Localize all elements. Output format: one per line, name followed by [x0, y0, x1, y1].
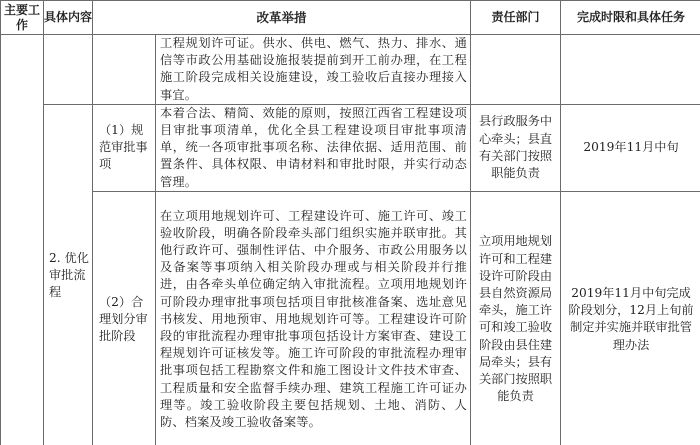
- table-row: 2. 优化审批流程 （1）规范审批事项 本着合法、精简、效能的原则，按照江西省工…: [1, 104, 700, 191]
- main-work-cell: [1, 35, 44, 445]
- sub-item-cell: [93, 35, 156, 105]
- header-row: 主要工作 具体内容 改革举措 责任部门 完成时限和具体任务: [1, 1, 700, 35]
- responsible-dept-cell: 立项用地规划许可和工程建设许可阶段由县自然资源局牵头，施工许可和竣工验收阶段由县…: [471, 191, 561, 445]
- sub-item-cell: （2）合理划分审批阶段: [93, 191, 156, 445]
- reform-measures-table: 主要工作 具体内容 改革举措 责任部门 完成时限和具体任务 工程规划许可证。供水…: [0, 0, 700, 445]
- header-deadline-task: 完成时限和具体任务: [561, 1, 700, 35]
- specific-content-cell: 2. 优化审批流程: [44, 104, 93, 445]
- table-row: 工程规划许可证。供水、供电、燃气、热力、排水、通信等市政公用基础设施报装提前到开…: [1, 35, 700, 105]
- header-main-work: 主要工作: [1, 1, 44, 35]
- measure-cell: 在立项用地规划许可、工程建设许可、施工许可、竣工验收阶段，明确各阶段牵头部门组织…: [156, 191, 471, 445]
- header-measures: 改革举措: [93, 1, 471, 35]
- deadline-cell: [561, 35, 700, 105]
- responsible-dept-cell: 县行政服务中心牵头；县直有关部门按照职能负责: [471, 104, 561, 191]
- measure-cell: 本着合法、精简、效能的原则，按照江西省工程建设项目审批事项清单，优化全县工程建设…: [156, 104, 471, 191]
- deadline-cell: 2019年11月中旬: [561, 104, 700, 191]
- measure-cell: 工程规划许可证。供水、供电、燃气、热力、排水、通信等市政公用基础设施报装提前到开…: [156, 35, 471, 105]
- specific-content-cell: [44, 35, 93, 105]
- deadline-cell: 2019年11月中旬完成阶段划分，12月上旬前制定并实施并联审批管理办法: [561, 191, 700, 445]
- sub-item-cell: （1）规范审批事项: [93, 104, 156, 191]
- table-row: （2）合理划分审批阶段 在立项用地规划许可、工程建设许可、施工许可、竣工验收阶段…: [1, 191, 700, 445]
- header-responsible-dept: 责任部门: [471, 1, 561, 35]
- responsible-dept-cell: [471, 35, 561, 105]
- header-specific-content: 具体内容: [44, 1, 93, 35]
